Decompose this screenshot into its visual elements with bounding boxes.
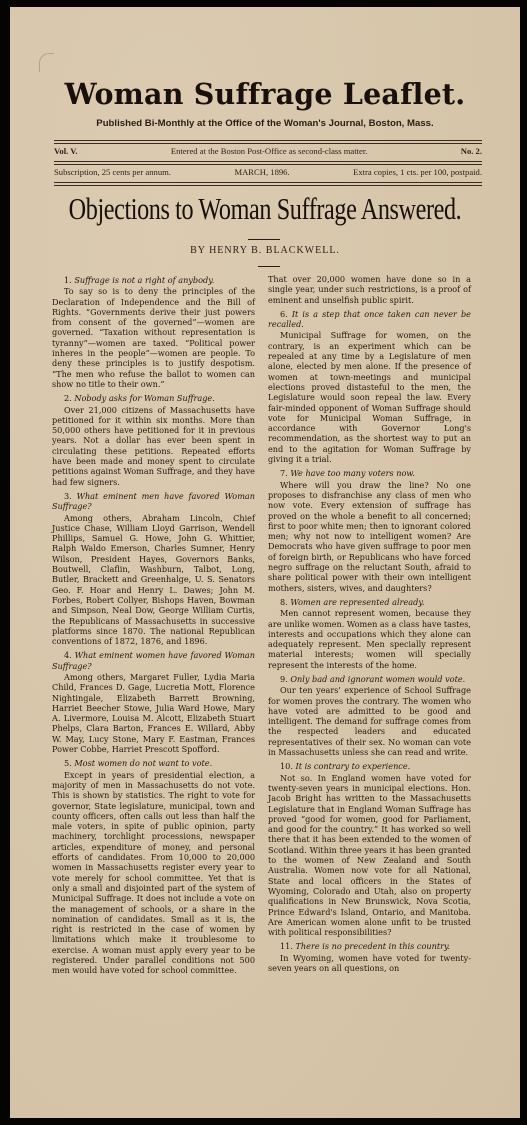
objection-text: Women are represented already. bbox=[290, 597, 424, 607]
divider bbox=[54, 164, 482, 165]
byline: BY HENRY B. BLACKWELL. bbox=[10, 245, 520, 256]
issue-date: MARCH, 1896. bbox=[234, 167, 289, 177]
entered-notice: Entered at the Boston Post-Office as sec… bbox=[171, 146, 368, 156]
pencil-mark bbox=[39, 53, 54, 72]
answer-paragraph: Over 21,000 citizens of Massachusetts ha… bbox=[52, 405, 255, 487]
subscription: Subscription, 25 cents per annum. bbox=[54, 167, 171, 177]
objection-heading: 11. There is no precedent in this countr… bbox=[268, 941, 471, 951]
info-row-subscription: Subscription, 25 cents per annum. MARCH,… bbox=[54, 167, 482, 177]
objection-heading: 2. Nobody asks for Woman Suffrage. bbox=[52, 393, 255, 403]
objection-text: Nobody asks for Woman Suffrage. bbox=[74, 393, 214, 403]
objection-heading: 8. Women are represented already. bbox=[268, 597, 471, 607]
objection-text: It is contrary to experience. bbox=[296, 761, 411, 771]
objection-number: 11. bbox=[280, 941, 293, 951]
answer-paragraph: Municipal Suffrage for women, on the con… bbox=[268, 330, 471, 464]
article-title: Objections to Woman Suffrage Answered. bbox=[66, 191, 464, 227]
column-rule bbox=[258, 266, 280, 267]
answer-paragraph: Where will you draw the line? No one pro… bbox=[268, 480, 471, 593]
objection-text: There is no precedent in this country. bbox=[296, 941, 451, 951]
divider bbox=[54, 143, 482, 144]
objection-text: Most women do not want to vote. bbox=[74, 758, 212, 768]
divider bbox=[54, 182, 482, 183]
objection-number: 9. bbox=[280, 674, 288, 684]
objection-heading: 5. Most women do not want to vote. bbox=[52, 758, 255, 768]
masthead-title: Woman Suffrage Leaflet. bbox=[10, 77, 520, 111]
objection-heading: 1. Suffrage is not a right of anybody. bbox=[52, 275, 255, 285]
objection-heading: 4. What eminent women have favored Woman… bbox=[52, 650, 255, 671]
answer-paragraph: Except in years of presidential election… bbox=[52, 770, 255, 976]
divider bbox=[54, 161, 482, 162]
leaflet-page: Woman Suffrage Leaflet. Published Bi-Mon… bbox=[10, 7, 520, 1118]
answer-paragraph: Our ten years' experience of School Suff… bbox=[268, 685, 471, 757]
objection-text: It is a step that once taken can never b… bbox=[268, 309, 471, 329]
left-column: 1. Suffrage is not a right of anybody.To… bbox=[52, 271, 255, 976]
title-rule bbox=[248, 239, 280, 240]
masthead-subtitle: Published Bi-Monthly at the Office of th… bbox=[10, 118, 520, 129]
divider bbox=[54, 185, 482, 186]
objection-heading: 10. It is contrary to experience. bbox=[268, 761, 471, 771]
info-row-volume: Vol. V. Entered at the Boston Post-Offic… bbox=[54, 146, 482, 156]
objection-number: 4. bbox=[64, 650, 72, 660]
objection-number: 6. bbox=[280, 309, 288, 319]
objection-heading: 9. Only bad and ignorant women would vot… bbox=[268, 674, 471, 684]
answer-paragraph: Among others, Abraham Lincoln, Chief Jus… bbox=[52, 513, 255, 647]
answer-paragraph: Not so. In England women have voted for … bbox=[268, 773, 471, 938]
objection-number: 3. bbox=[64, 491, 72, 501]
objection-heading: 3. What eminent men have favored Woman S… bbox=[52, 491, 255, 512]
objection-text: Only bad and ignorant women would vote. bbox=[290, 674, 465, 684]
objection-heading: 6. It is a step that once taken can neve… bbox=[268, 309, 471, 330]
divider bbox=[54, 140, 482, 141]
objection-text: What eminent women have favored Woman Su… bbox=[52, 650, 255, 670]
objection-text: Suffrage is not a right of anybody. bbox=[74, 275, 214, 285]
objection-number: 8. bbox=[280, 597, 288, 607]
issue-number: No. 2. bbox=[461, 146, 482, 156]
answer-paragraph: Men cannot represent women, because they… bbox=[268, 608, 471, 670]
extra-copies: Extra copies, 1 cts. per 100, postpaid. bbox=[353, 167, 482, 177]
right-column: That over 20,000 women have done so in a… bbox=[268, 274, 471, 973]
objection-text: What eminent men have favored Woman Suff… bbox=[52, 491, 255, 511]
objection-number: 10. bbox=[280, 761, 293, 771]
answer-paragraph: Among others, Margaret Fuller, Lydia Mar… bbox=[52, 672, 255, 754]
volume: Vol. V. bbox=[54, 146, 78, 156]
answer-paragraph: That over 20,000 women have done so in a… bbox=[268, 274, 471, 305]
objection-heading: 7. We have too many voters now. bbox=[268, 468, 471, 478]
objection-number: 5. bbox=[64, 758, 72, 768]
objection-number: 1. bbox=[64, 275, 72, 285]
answer-paragraph: In Wyoming, women have voted for twenty-… bbox=[268, 953, 471, 974]
objection-text: We have too many voters now. bbox=[290, 468, 415, 478]
answer-paragraph: To say so is to deny the principles of t… bbox=[52, 286, 255, 389]
objection-number: 7. bbox=[280, 468, 288, 478]
objection-number: 2. bbox=[64, 393, 72, 403]
